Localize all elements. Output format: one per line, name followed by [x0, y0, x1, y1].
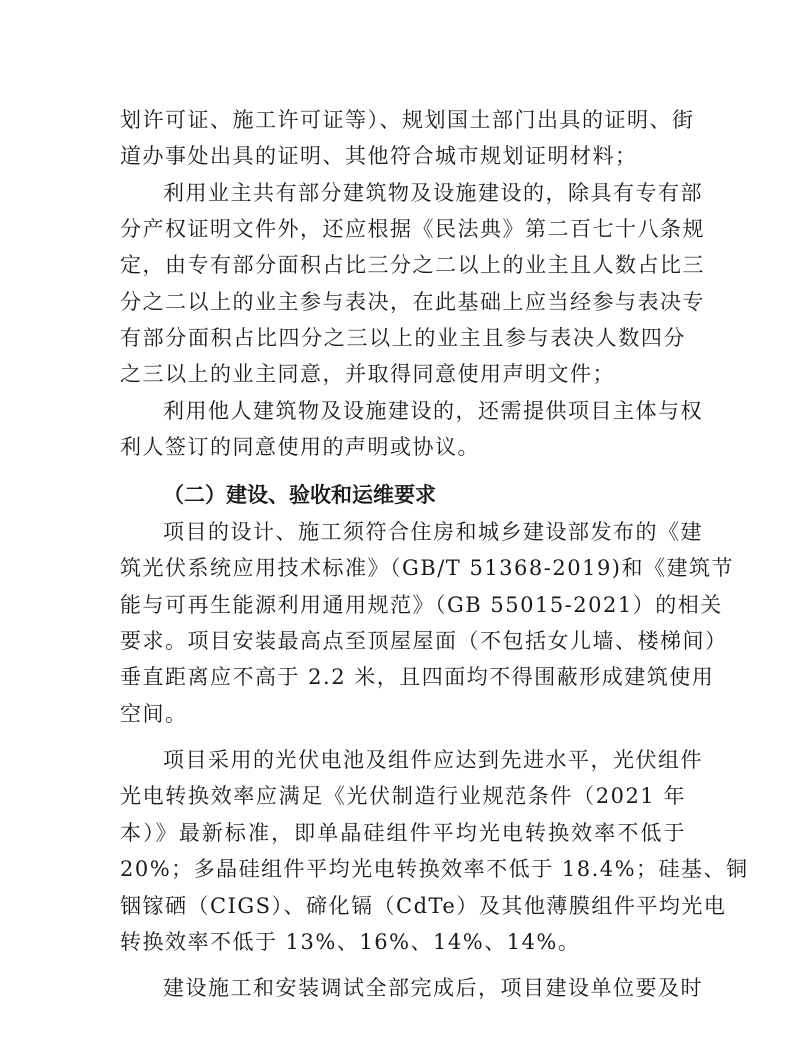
text-line: 要求。项目安装最高点至顶屋屋面（不包括女儿墙、楼梯间）	[120, 628, 686, 654]
text-line: 定，由专有部分面积占比三分之二以上的业主且人数占比三	[120, 252, 686, 278]
text-line: 分之二以上的业主参与表决，在此基础上应当经参与表决专	[120, 289, 686, 315]
text-line: 铟镓硒（CIGS）、碲化镉（CdTe）及其他薄膜组件平均光电	[120, 893, 686, 919]
text-line: 利人签订的同意使用的声明或协议。	[120, 434, 686, 460]
text-line: 建设施工和安装调试全部完成后，项目建设单位要及时	[163, 975, 686, 1001]
document-page: 划许可证、施工许可证等）、规划国土部门出具的证明、街 道办事处出具的证明、其他符…	[0, 0, 800, 1037]
text-line: 光电转换效率应满足《光伏制造行业规范条件（2021 年	[120, 783, 686, 809]
text-line: 划许可证、施工许可证等）、规划国土部门出具的证明、街	[120, 107, 686, 133]
text-line: 垂直距离应不高于 2.2 米，且四面均不得围蔽形成建筑使用	[120, 664, 686, 690]
text-line: 利用业主共有部分建筑物及设施建设的，除具有专有部	[163, 180, 686, 206]
text-line: 之三以上的业主同意，并取得同意使用声明文件；	[120, 361, 686, 387]
text-line: 能与可再生能源利用通用规范》（GB 55015-2021）的相关	[120, 592, 686, 618]
text-line: 项目采用的光伏电池及组件应达到先进水平，光伏组件	[163, 747, 686, 773]
text-line: 分产权证明文件外，还应根据《民法典》第二百七十八条规	[120, 216, 686, 242]
text-line: 转换效率不低于 13%、16%、14%、14%。	[120, 929, 686, 955]
text-line: 20%；多晶硅组件平均光电转换效率不低于 18.4%；硅基、铜	[120, 856, 686, 882]
text-line: 道办事处出具的证明、其他符合城市规划证明材料；	[120, 143, 686, 169]
text-line: 利用他人建筑物及设施建设的，还需提供项目主体与权	[163, 398, 686, 424]
text-line: 本）》最新标准，即单晶硅组件平均光电转换效率不低于	[120, 820, 686, 846]
text-line: 项目的设计、施工须符合住房和城乡建设部发布的《建	[163, 519, 686, 545]
section-heading: （二）建设、验收和运维要求	[163, 482, 729, 508]
text-line: 筑光伏系统应用技术标准》（GB/T 51368-2019)和《建筑节	[120, 555, 686, 581]
text-line: 空间。	[120, 701, 686, 727]
text-line: 有部分面积占比四分之三以上的业主且参与表决人数四分	[120, 325, 686, 351]
